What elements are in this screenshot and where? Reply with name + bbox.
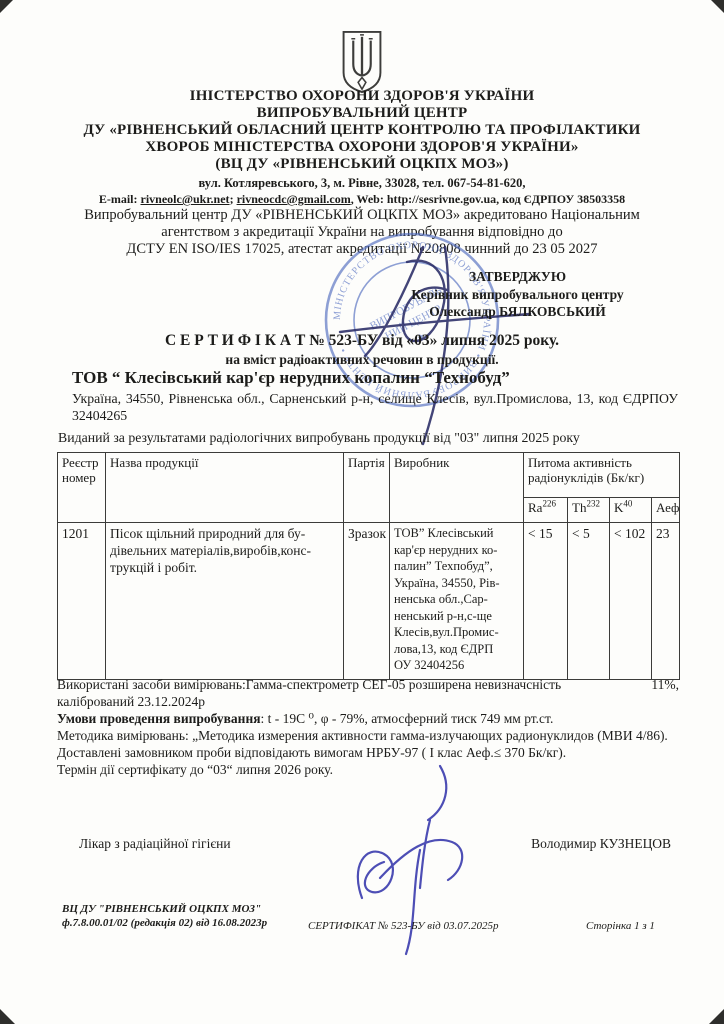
col-header-th232: Th232 xyxy=(568,498,610,523)
cell-th232: < 5 xyxy=(568,523,610,680)
scan-corner-artifact xyxy=(709,1009,724,1024)
uncertainty-value: 11%, xyxy=(651,676,679,693)
footer-org-line: ВЦ ДУ "РІВНЕНСЬКИЙ ОЦКПХ МОЗ" xyxy=(62,902,267,916)
org-name-line: ВИПРОБУВАЛЬНИЙ ЦЕНТР xyxy=(0,105,724,122)
col-header-producer: Виробник xyxy=(390,453,524,523)
cell-producer: ТОВ” Клесівський кар'єр нерудних ко- пал… xyxy=(390,523,524,680)
col-header-register: Реєстр номер xyxy=(58,453,106,523)
method-line: Методика вимірювань: „Методика измерения… xyxy=(57,727,679,744)
company-name: ТОВ “ Клесівський кар'єр нерудних копали… xyxy=(72,368,678,388)
cell-register: 1201 xyxy=(58,523,106,680)
certificate-title-block: С Е Р Т И Ф І К А Т № 523-БУ від «03» ли… xyxy=(0,332,724,368)
doctor-title: Лікар з радіаційної гігієни xyxy=(79,836,231,852)
col-header-activity: Питома активність радіонуклідів (Бк/кг) xyxy=(524,453,680,498)
email-label: E-mail: xyxy=(99,192,141,206)
org-name-line: (ВЦ ДУ «РІВНЕНСЬКИЙ ОЦКПХ МОЗ») xyxy=(0,156,724,173)
calibration-line: калібрований 23.12.2024р xyxy=(57,693,679,710)
results-table: Реєстр номер Назва продукції Партія Виро… xyxy=(57,452,680,680)
signoff-row: Лікар з радіаційної гігієни Володимир КУ… xyxy=(57,836,679,852)
col-header-aef: Аеф xyxy=(652,498,680,523)
email-link-2: rivneocdc@gmail.com xyxy=(237,192,351,206)
scan-corner-artifact xyxy=(711,0,724,13)
used-means-line: Використані засоби вимірювань:Гамма-спек… xyxy=(57,676,679,693)
email-separator: ; xyxy=(230,192,237,206)
certificate-page: ІНІСТЕРСТВО ОХОРОНИ ЗДОРОВ'Я УКРАЇНИ ВИП… xyxy=(0,0,724,1024)
cell-batch: Зразок xyxy=(344,523,390,680)
footer-form-line: ф.7.8.00.01/02 (редакція 02) від 16.08.2… xyxy=(62,916,267,930)
web-and-edrpou-text: , Web: http://sesrivne.gov.ua, код ЄДРПО… xyxy=(351,192,625,206)
used-means-text: Використані засоби вимірювань:Гамма-спек… xyxy=(57,676,561,693)
footer-left-block: ВЦ ДУ "РІВНЕНСЬКИЙ ОЦКПХ МОЗ" ф.7.8.00.0… xyxy=(62,902,267,930)
doctor-signature xyxy=(322,758,492,963)
scan-corner-artifact xyxy=(0,0,13,13)
col-header-batch: Партія xyxy=(344,453,390,523)
issued-line: Виданий за результатами радіологічних ви… xyxy=(58,430,678,446)
certificate-title: С Е Р Т И Ф І К А Т № 523-БУ від «03» ли… xyxy=(0,332,724,350)
org-name-line: ДУ «РІВНЕНСЬКИЙ ОБЛАСНИЙ ЦЕНТР КОНТРОЛЮ … xyxy=(0,122,724,139)
footer-page-number: Сторінка 1 з 1 xyxy=(586,920,655,932)
approval-block: ЗАТВЕРДЖУЮ Керівник випробувального цент… xyxy=(385,268,650,321)
approve-label: ЗАТВЕРДЖУЮ xyxy=(385,268,650,286)
org-name-line: ІНІСТЕРСТВО ОХОРОНИ ЗДОРОВ'Я УКРАЇНИ xyxy=(0,88,724,105)
conditions-label: Умови проведення випробування xyxy=(57,711,261,726)
certificate-subtitle: на вміст радіоактивних речовин в продукц… xyxy=(0,352,724,368)
company-block: ТОВ “ Клесівський кар'єр нерудних копали… xyxy=(58,368,678,446)
approver-name: Олександр БЯЛКОВСЬКИЙ xyxy=(385,303,650,321)
org-contacts-line: E-mail: rivneolc@ukr.net; rivneocdc@gmai… xyxy=(0,191,724,207)
scan-corner-artifact xyxy=(0,1009,15,1024)
cell-product: Пісок щільний природний для бу- дівельни… xyxy=(106,523,344,680)
doctor-name: Володимир КУЗНЕЦОВ xyxy=(531,836,671,852)
col-header-product: Назва продукції xyxy=(106,453,344,523)
cell-k40: < 102 xyxy=(610,523,652,680)
cell-ra226: < 15 xyxy=(524,523,568,680)
conditions-values: : t - 19С ⁰, φ - 79%, атмосферний тиск 7… xyxy=(261,711,554,726)
accreditation-line: Випробувальний центр ДУ «РІВНЕНСЬКИЙ ОЦК… xyxy=(0,207,724,224)
footer-cert-reference: СЕРТИФІКАТ № 523-БУ від 03.07.2025р xyxy=(308,920,498,932)
col-header-k40: K40 xyxy=(610,498,652,523)
approver-title: Керівник випробувального центру xyxy=(385,286,650,304)
table-row: 1201 Пісок щільний природний для бу- дів… xyxy=(58,523,680,680)
company-address: Україна, 34550, Рівненська обл., Сарненс… xyxy=(72,391,678,424)
email-link-1: rivneolc@ukr.net xyxy=(141,192,230,206)
col-header-ra226: Ra226 xyxy=(524,498,568,523)
org-name-line: ХВОРОБ МІНІСТЕРСТВА ОХОРОНИ ЗДОРОВ'Я УКР… xyxy=(0,139,724,156)
cell-aef: 23 xyxy=(652,523,680,680)
org-address-line: вул. Котляревського, 3, м. Рівне, 33028,… xyxy=(0,175,724,191)
conditions-line: Умови проведення випробування: t - 19С ⁰… xyxy=(57,710,679,727)
